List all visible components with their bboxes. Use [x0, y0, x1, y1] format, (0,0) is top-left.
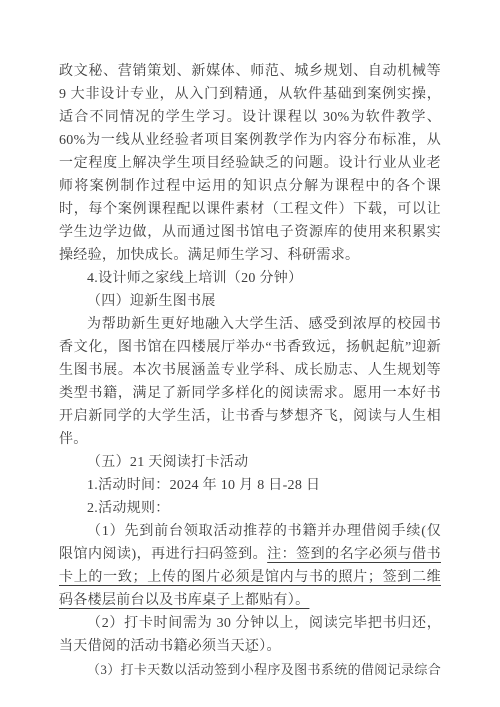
section-4-body-paragraph: 为帮助新生更好地融入大学生活、感受到浓厚的校园书香文化，图书馆在四楼展厅举办“书…: [59, 313, 441, 451]
page-number: 8: [0, 646, 500, 656]
section-heading-4: （四）迎新生图书展: [59, 290, 441, 313]
document-page: 政文秘、营销策划、新媒体、师范、城乡规划、自动机械等 9 大非设计专业，从入门到…: [0, 0, 500, 707]
rule-1-paragraph: （1）先到前台领取活动推荐的书籍并办理借阅手续(仅限馆内阅读)，再进行扫码签到。…: [59, 520, 441, 612]
rule-3-paragraph: （3）打卡天数以活动签到小程序及图书系统的借阅记录综合: [59, 658, 441, 681]
activity-time-line: 1.活动时间：2024 年 10 月 8 日-28 日: [59, 474, 441, 497]
activity-rules-label: 2.活动规则：: [59, 497, 441, 520]
document-text-block: 政文秘、营销策划、新媒体、师范、城乡规划、自动机械等 9 大非设计专业，从入门到…: [59, 60, 441, 681]
body-continuation-paragraph: 政文秘、营销策划、新媒体、师范、城乡规划、自动机械等 9 大非设计专业，从入门到…: [59, 60, 441, 267]
section-heading-5: （五）21 天阅读打卡活动: [59, 451, 441, 474]
list-item-4: 4.设计师之家线上培训（20 分钟）: [59, 267, 441, 290]
